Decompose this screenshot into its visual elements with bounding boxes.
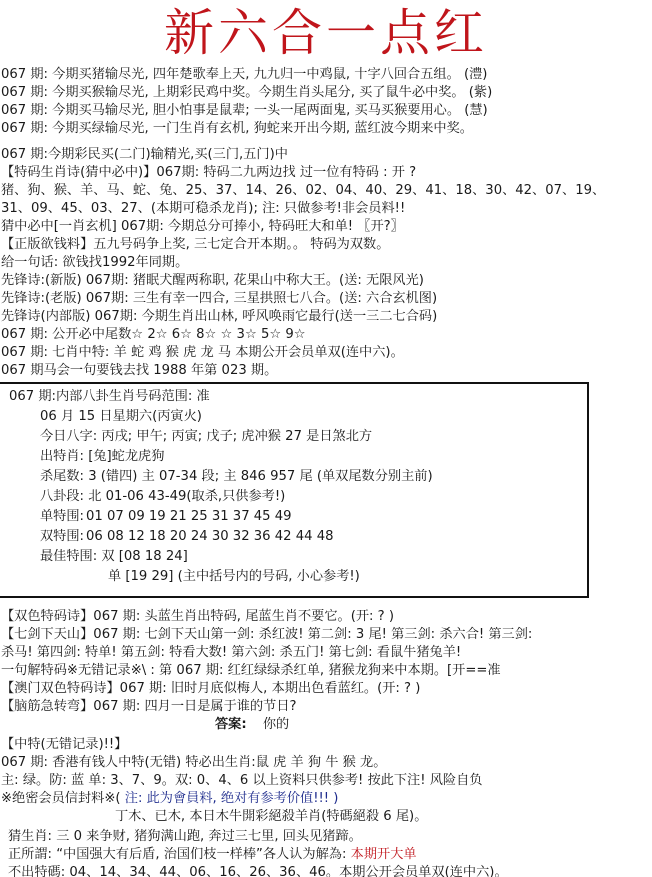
bagua-box: 067 期:内部八卦生肖号码范围: 准 06 月 15 日星期六(丙寅火) 今日… (0, 382, 589, 598)
dingmu-line: 丁木、已木, 本日木牛開彩絕殺羊肖(特碼絕殺 6 尾)。 (115, 808, 427, 826)
box-heading: 067 期:内部八卦生肖号码范围: 准 (9, 388, 210, 406)
shuangse-poem-line: 【双色特码诗】067 期: 头蓝生肖出特码, 尾蓝生肖不要它。(开: ? ) (1, 608, 394, 626)
box-shawei: 杀尾数: 3 (错四) 主 07-34 段; 主 846 957 尾 (单双尾数… (40, 468, 433, 486)
riddle-line: 【脑筋急转弯】067 期: 四月一日是属于谁的节日? (1, 698, 297, 716)
answer-value: 你的 (263, 717, 289, 732)
box-dan-label: 单特围: (40, 508, 84, 526)
header-line-3: 067 期: 今期买马输尽光, 胆小怕事是鼠辈; 一头一尾两面鬼, 买马买猴要用… (1, 102, 488, 120)
tema-poem-line: 【特码生肖诗(猜中必中)】067期: 特码二九两边找 过一位有特码 : 开 ? (1, 164, 416, 182)
hk-line: 067 期: 香港有钱人中特(无错) 特必出生肖:鼠 虎 羊 狗 牛 猴 龙。 (1, 754, 386, 772)
box-best: 最佳特围: 双 [08 18 24] (40, 548, 188, 566)
qijian-line-1: 【七剑下天山】067 期: 七剑下天山第一剑: 杀红波! 第二剑: 3 尾! 第… (1, 626, 532, 644)
page-title: 新六合一点红 (0, 2, 652, 64)
seven-zodiac-line: 067 期: 七肖中特: 羊 蛇 鸡 猴 虎 龙 马 本期公开会员单双(连中六)… (1, 344, 404, 362)
box-shuang-numbers: 06 08 12 18 20 24 30 32 36 42 44 48 (86, 528, 333, 546)
secret-prefix: ※绝密会员信封料※( (1, 791, 121, 806)
box-chute: 出特肖: [兔]蛇龙虎狗 (40, 448, 164, 466)
zhengsuo-answer: 本期开大单 (351, 847, 417, 862)
answer-line: 答案: 你的 (215, 716, 289, 734)
secret-line: ※绝密会员信封料※( 注: 此为會員料, 绝对有参考价值!!! ) (1, 790, 338, 808)
header-line-4: 067 期: 今期买绿输尽光, 一门生肖有玄机, 狗蛇来开出今期, 蓝红波今期来… (1, 120, 473, 138)
header-line-1: 067 期: 今期买猪输尽光, 四年楚歌奉上天, 九九归一中鸡鼠, 十字八回合五… (1, 66, 487, 84)
zodiac-numbers-line-1: 猪、狗、猴、羊、马、蛇、兔、25、37、14、26、02、04、40、29、41… (1, 182, 605, 200)
guess-line: 猜生肖: 三 0 来争财, 猪狗满山跑, 奔过三七里, 回头见猪蹄。 (8, 828, 362, 846)
tail-numbers-line: 067 期: 公开必中尾数☆ 2☆ 6☆ 8☆ ☆ 3☆ 5☆ 9☆ (1, 326, 306, 344)
zodiac-numbers-line-2: 31、09、45、03、27、(本期可稳杀龙肖); 注: 只做参考!非会员料!! (1, 200, 405, 218)
xianfeng-internal-line: 先锋诗(内部版) 067期: 今期生肖出山林, 呼风唤雨它最行(送一三二七合码) (1, 308, 437, 326)
men-line: 067 期:今期彩民买(二门)输精光,买(三门,五门)中 (1, 146, 288, 164)
jietema-line: 一句解特码※无错记录※\ : 第 067 期: 红红绿绿杀红单, 猪猴龙狗来中本… (1, 662, 501, 680)
zhengsuo-line: 正所謂: “中国强大有后盾, 治国们枝一样棒”各人认为解為: 本期开大单 (8, 846, 417, 864)
macau-poem-line: 【澳门双色特码诗】067 期: 旧时月底似梅人, 本期出色看蓝红。(开: ? ) (1, 680, 420, 698)
zhu-line: 主: 绿。防: 蓝 单: 3、7、9。双: 0、4、6 以上资料只供参考! 按此… (1, 772, 482, 790)
xianfeng-old-line: 先锋诗:(老版) 067期: 三生有幸一四合, 三星拱照七八合。(送: 六合玄机… (1, 290, 437, 308)
zhengsuo-prefix: 正所謂: “中国强大有后盾, 治国们枝一样棒”各人认为解為: (8, 847, 351, 862)
box-bazi: 今日八字: 丙戌; 甲午; 丙寅; 戊子; 虎冲猴 27 是日煞北方 (40, 428, 372, 446)
zhengban-line: 【正版欲钱料】五九号码争上奖, 三七定合开本期。。 特码为双数。 (1, 236, 389, 254)
qijian-line-2: 杀马! 第四剑: 特单! 第五剑: 特看大数! 第六剑: 杀五门! 第七剑: 看… (1, 644, 461, 662)
xianfeng-new-line: 先锋诗:(新版) 067期: 猪眠犬醒两称职, 花果山中称大王。(送: 无限风光… (1, 272, 424, 290)
answer-label: 答案: (215, 717, 247, 732)
mahui-line: 067 期马会一句要钱去找 1988 年第 023 期。 (1, 362, 277, 380)
zhongte-title: 【中特(无错记录)!!】 (1, 736, 127, 754)
secret-note: 注: 此为會員料, 绝对有参考价值!!! ) (121, 791, 339, 806)
header-line-2: 067 期: 今期买猴输尽光, 上期彩民鸡中奖。今期生肖头尾分, 买了鼠牛必中奖… (1, 84, 492, 102)
box-bagua: 八卦段: 北 01-06 43-49(取杀,只供参考!) (40, 488, 285, 506)
box-date: 06 月 15 日星期六(丙寅火) (40, 408, 202, 426)
box-shuang-label: 双特围: (40, 528, 84, 546)
yixiao-line: 猜中必中[一肖玄机] 067期: 今期总分可捧小, 特码旺大和单! 〖开?〗 (1, 218, 404, 236)
box-dan-numbers: 01 07 09 19 21 25 31 37 45 49 (86, 508, 292, 526)
buchu-line: 不出特碼: 04、14、34、44、06、16、26、36、46。本期公开会员单… (8, 864, 508, 877)
yijuhua-line: 给一句话: 欲钱找1992年同期。 (1, 254, 188, 272)
box-best-single: 单 [19 29] (主中括号内的号码, 小心参考!) (108, 568, 360, 586)
